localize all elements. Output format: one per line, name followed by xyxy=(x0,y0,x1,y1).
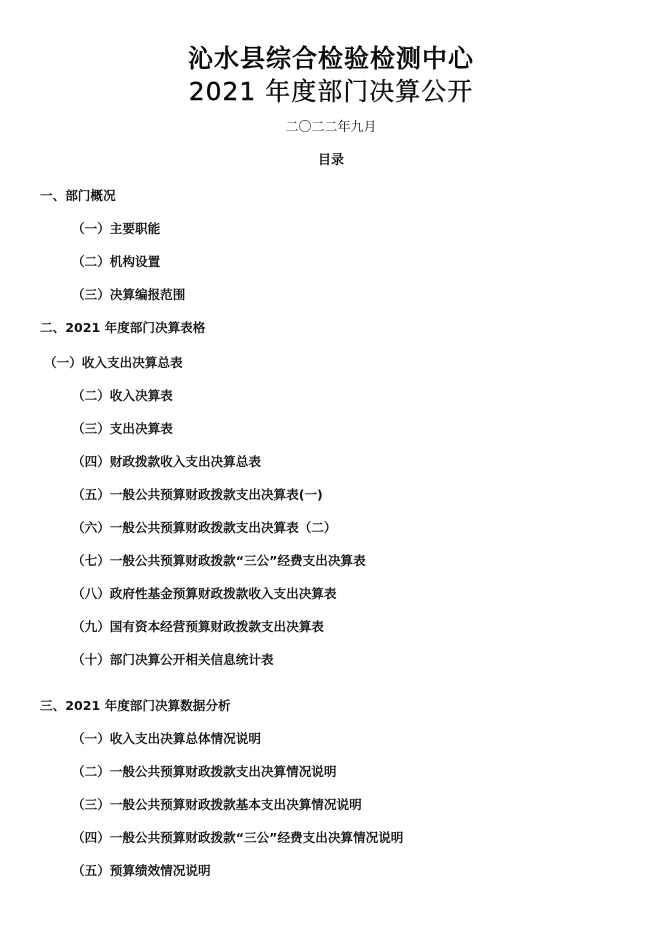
toc-item: （四）一般公共预算财政拨款“三公”经费支出决算情况说明 xyxy=(72,829,403,847)
toc-item: （八）政府性基金预算财政拨款收入支出决算表 xyxy=(72,585,336,603)
toc-item: （三）一般公共预算财政拨款基本支出决算情况说明 xyxy=(72,796,362,814)
toc-item: （二）一般公共预算财政拨款支出决算情况说明 xyxy=(72,763,336,781)
document-title-line2: 2021 年度部门决算公开 xyxy=(0,77,662,107)
toc-section-2: 二、2021 年度部门决算表格 xyxy=(40,319,205,337)
document-title-line1: 沁水县综合检验检测中心 xyxy=(0,44,662,74)
toc-item: （三）支出决算表 xyxy=(72,420,173,438)
toc-item: （十）部门决算公开相关信息统计表 xyxy=(72,651,274,669)
document-page: 沁水县综合检验检测中心 2021 年度部门决算公开 二〇二二年九月 目录 一、部… xyxy=(0,0,662,936)
toc-item: （一）收入支出决算总体情况说明 xyxy=(72,730,261,748)
toc-item: （五）预算绩效情况说明 xyxy=(72,862,211,880)
toc-item: （二）收入决算表 xyxy=(72,387,173,405)
toc-item: （一）主要职能 xyxy=(72,220,160,238)
toc-item: （七）一般公共预算财政拨款“三公”经费支出决算表 xyxy=(72,552,366,570)
toc-heading: 目录 xyxy=(0,152,662,170)
toc-item: （四）财政拨款收入支出决算总表 xyxy=(72,453,261,471)
toc-section-1: 一、部门概况 xyxy=(40,187,116,205)
toc-section-3: 三、2021 年度部门决算数据分析 xyxy=(40,697,231,715)
toc-item: （六）一般公共预算财政拨款支出决算表（二） xyxy=(72,519,336,537)
toc-item: （三）决算编报范围 xyxy=(72,286,185,304)
toc-item: （九）国有资本经营预算财政拨款支出决算表 xyxy=(72,618,324,636)
toc-item: （二）机构设置 xyxy=(72,253,160,271)
toc-item: （一）收入支出决算总表 xyxy=(44,354,183,372)
document-date: 二〇二二年九月 xyxy=(0,119,662,137)
toc-item: （五）一般公共预算财政拨款支出决算表(一) xyxy=(72,486,323,504)
